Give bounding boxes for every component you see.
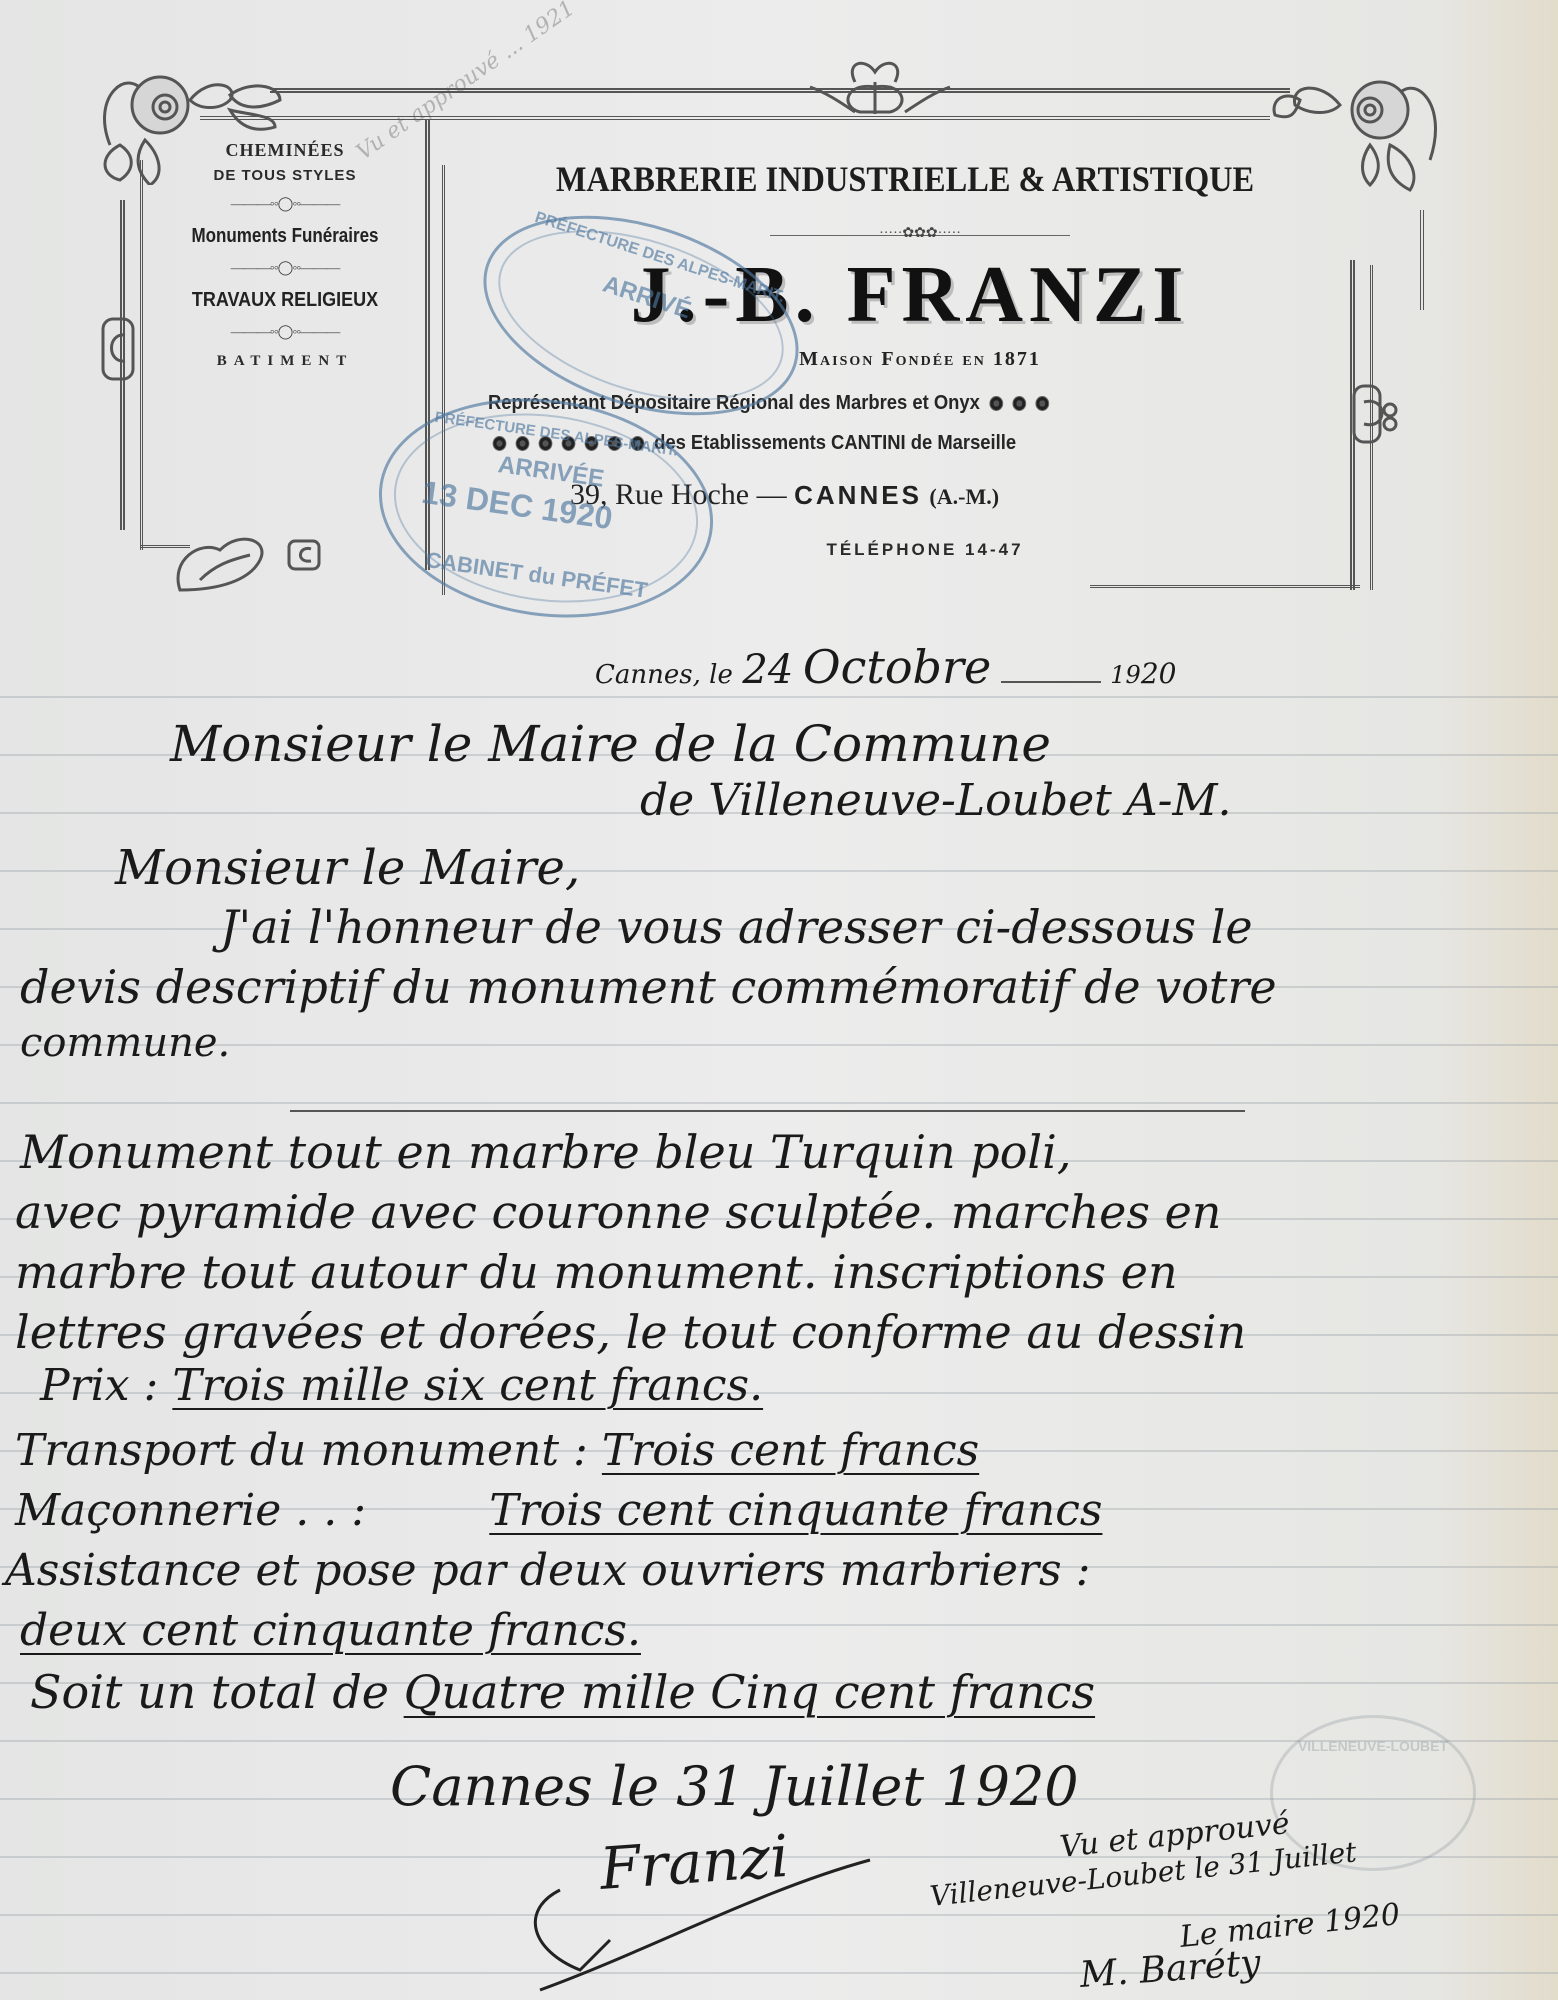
- quote-line: Monument tout en marbre bleu Turquin pol…: [20, 1125, 1071, 1179]
- telephone-line: TÉLÉPHONE 14-47: [700, 540, 1150, 560]
- left-panel-ornament-3: ———◦◦◯◦◦———: [150, 324, 420, 341]
- scroll-ornament-icon: [285, 535, 325, 575]
- flower-icon: [990, 396, 1004, 411]
- stamp3-text: VILLENEUVE-LOUBET: [1273, 1738, 1473, 1754]
- date-line: Cannes, le 24 Octobre 1920: [595, 640, 1176, 694]
- letterhead-left-panel: CHEMINÉES DE TOUS STYLES ———◦◦◯◦◦——— Mon…: [150, 140, 420, 370]
- mayor-signature: M. Baréty: [1079, 1942, 1262, 1996]
- transport-value: Trois cent francs: [602, 1425, 979, 1476]
- frame-top-line-inner: [200, 116, 1270, 120]
- letterhead-title: MARBRERIE INDUSTRIELLE & ARTISTIQUE: [541, 158, 1270, 200]
- date-year-printed: 19: [1110, 661, 1141, 689]
- left-panel-line5: BATIMENT: [150, 353, 420, 370]
- salutation: Monsieur le Maire,: [115, 840, 580, 896]
- address-city: CANNES: [794, 480, 922, 510]
- flower-icon: [1013, 396, 1027, 411]
- closing-place-date: Cannes le 31 Juillet 1920: [390, 1755, 1079, 1818]
- quote-line: marbre tout autour du monument. inscript…: [15, 1245, 1178, 1299]
- masonry-value: Trois cent cinquante francs: [489, 1485, 1102, 1536]
- recipient-line-1: Monsieur le Maire de la Commune: [170, 715, 1051, 773]
- date-month: Octobre: [803, 640, 991, 694]
- total-label: Soit un total de: [30, 1665, 389, 1719]
- scroll-ornament-right-icon: [1350, 380, 1410, 450]
- scroll-ornament-left-icon: [95, 315, 145, 385]
- quote-line: avec pyramide avec couronne sculptée. ma…: [15, 1185, 1221, 1239]
- leaf-ornament-bottom-icon: [160, 510, 280, 600]
- total-value: Quatre mille Cinq cent francs: [404, 1665, 1095, 1719]
- price-line: Prix : Trois mille six cent francs.: [40, 1360, 763, 1411]
- assistance-value: deux cent cinquante francs.: [20, 1605, 641, 1656]
- left-panel-line3: Monuments Funéraires: [170, 225, 400, 248]
- masonry-line: Maçonnerie . . : Trois cent cinquante fr…: [15, 1485, 1102, 1536]
- frame-top-line: [270, 88, 1290, 93]
- assistance-line: Assistance et pose par deux ouvriers mar…: [5, 1545, 1090, 1596]
- price-label: Prix :: [40, 1360, 158, 1411]
- quote-line: lettres gravées et dorées, le tout confo…: [15, 1305, 1246, 1359]
- rose-ornament-right-icon: [1270, 60, 1450, 200]
- center-leaf-ornament-icon: [800, 52, 960, 122]
- letter-page: Vu et approuvé ... 1921: [0, 0, 1558, 2000]
- body-line-2: devis descriptif du monument commémorati…: [20, 960, 1277, 1014]
- left-panel-line4: TRAVAUX RELIGIEUX: [164, 289, 407, 312]
- flower-icon: [1036, 396, 1050, 411]
- frame-right-drop: [1420, 210, 1424, 310]
- total-line: Soit un total de Quatre mille Cinq cent …: [30, 1665, 1095, 1719]
- transport-label: Transport du monument :: [15, 1425, 588, 1476]
- date-day: 24: [742, 647, 793, 693]
- left-panel-ornament-2: ———◦◦◯◦◦———: [150, 260, 420, 277]
- address-dept: (A.-M.): [929, 484, 999, 509]
- signature-flourish-icon: [500, 1820, 880, 2000]
- body-line-1: J'ai l'honneur de vous adresser ci-desso…: [220, 900, 1253, 954]
- left-panel-ornament: ———◦◦◯◦◦———: [150, 196, 420, 213]
- price-value: Trois mille six cent francs.: [172, 1360, 763, 1411]
- section-divider: [290, 1110, 1245, 1112]
- masonry-label: Maçonnerie: [15, 1485, 281, 1536]
- date-blank-line: [1001, 681, 1101, 683]
- transport-line: Transport du monument : Trois cent franc…: [15, 1425, 979, 1476]
- letterhead-ornament: ·····✿✿✿·····: [770, 225, 1070, 236]
- frame-right-bottom: [1090, 585, 1360, 588]
- assistance-value-line: deux cent cinquante francs.: [20, 1605, 641, 1656]
- left-panel-line1: CHEMINÉES: [150, 140, 420, 161]
- date-printed-prefix: Cannes, le: [595, 660, 733, 690]
- left-panel-line2: DE TOUS STYLES: [150, 167, 420, 184]
- body-line-3: commune.: [20, 1020, 230, 1066]
- arrival-stamp-2: PRÉFECTURE DES ALPES-MARIT. ARRIVÉE 13 D…: [365, 378, 728, 639]
- recipient-line-2: de Villeneuve-Loubet A-M.: [640, 775, 1232, 826]
- masonry-dots: . . :: [295, 1485, 475, 1536]
- date-year-hand: 20: [1141, 657, 1177, 690]
